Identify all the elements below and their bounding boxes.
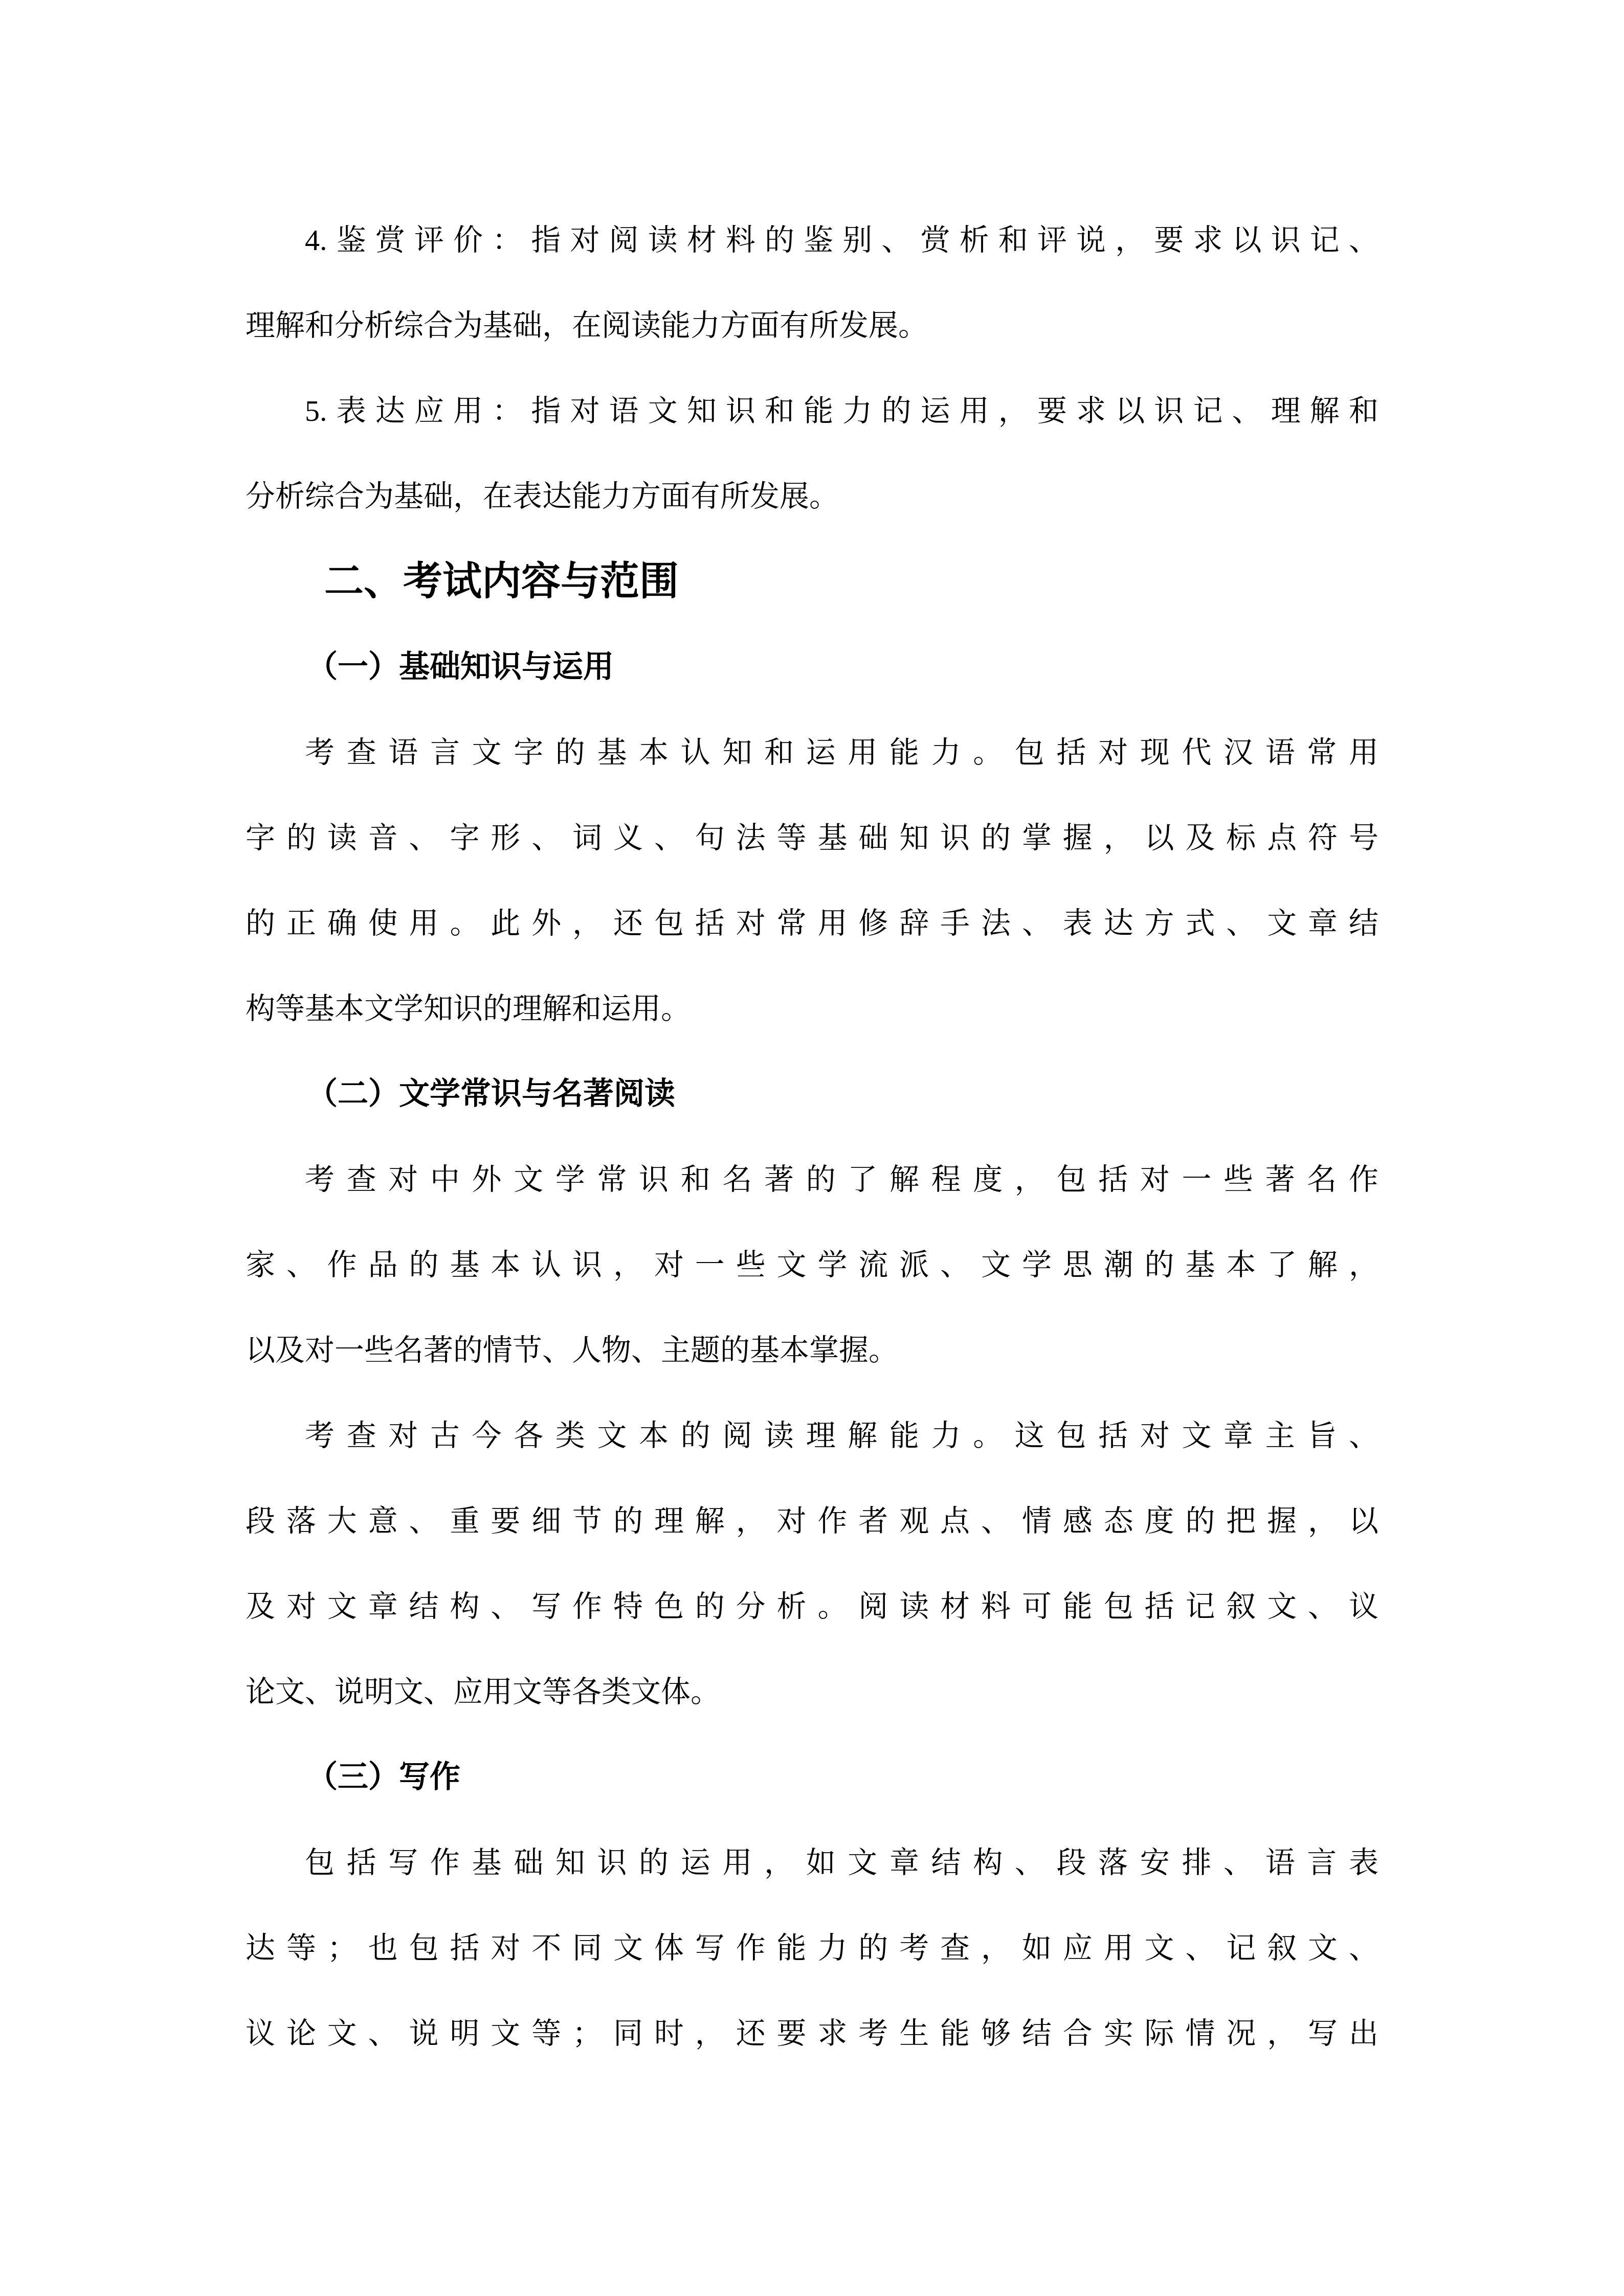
- heading-text: （一）基础知识与运用: [246, 624, 1378, 710]
- text-line: 考查对古今各类文本的阅读理解能力。这包括对文章主旨、: [246, 1393, 1378, 1478]
- text-line: 字的读音、字形、词义、句法等基础知识的掌握，以及标点符号: [246, 795, 1378, 881]
- section-heading: （二）文学常识与名著阅读: [246, 1051, 1378, 1137]
- section-heading: 二、考试内容与范围: [246, 539, 1378, 624]
- text-line: 及对文章结构、写作特色的分析。阅读材料可能包括记叙文、议: [246, 1564, 1378, 1649]
- section-heading: （三）写作: [246, 1735, 1378, 1820]
- text-line: 理解和分析综合为基础，在阅读能力方面有所发展。: [246, 283, 1378, 368]
- paragraph: 考查对中外文学常识和名著的了解程度，包括对一些著名作家、作品的基本认识，对一些文…: [246, 1137, 1378, 1393]
- heading-text: 二、考试内容与范围: [246, 539, 1378, 624]
- paragraph: 5.表达应用：指对语文知识和能力的运用，要求以识记、理解和分析综合为基础，在表达…: [246, 368, 1378, 539]
- text-line: 以及对一些名著的情节、人物、主题的基本掌握。: [246, 1308, 1378, 1393]
- section-heading: （一）基础知识与运用: [246, 624, 1378, 710]
- text-line: 议论文、说明文等；同时，还要求考生能够结合实际情况，写出: [246, 1991, 1378, 2076]
- paragraph: 考查对古今各类文本的阅读理解能力。这包括对文章主旨、段落大意、重要细节的理解，对…: [246, 1393, 1378, 1735]
- text-line: 考查对中外文学常识和名著的了解程度，包括对一些著名作: [246, 1137, 1378, 1222]
- text-line: 论文、说明文、应用文等各类文体。: [246, 1649, 1378, 1735]
- text-line: 达等；也包括对不同文体写作能力的考查，如应用文、记叙文、: [246, 1905, 1378, 1991]
- paragraph: 4.鉴赏评价：指对阅读材料的鉴别、赏析和评说，要求以识记、理解和分析综合为基础，…: [246, 197, 1378, 368]
- heading-text: （三）写作: [246, 1735, 1378, 1820]
- text-content: 4.鉴赏评价：指对阅读材料的鉴别、赏析和评说，要求以识记、理解和分析综合为基础，…: [246, 197, 1378, 2076]
- page: 4.鉴赏评价：指对阅读材料的鉴别、赏析和评说，要求以识记、理解和分析综合为基础，…: [0, 0, 1624, 2296]
- text-line: 考查语言文字的基本认知和运用能力。包括对现代汉语常用: [246, 710, 1378, 795]
- paragraph: 包括写作基础知识的运用，如文章结构、段落安排、语言表达等；也包括对不同文体写作能…: [246, 1820, 1378, 2076]
- text-line: 5.表达应用：指对语文知识和能力的运用，要求以识记、理解和: [246, 368, 1378, 454]
- text-line: 构等基本文学知识的理解和运用。: [246, 966, 1378, 1051]
- text-line: 分析综合为基础，在表达能力方面有所发展。: [246, 454, 1378, 539]
- document-page: { "document": { "background": "#ffffff",…: [0, 0, 1624, 2296]
- text-line: 段落大意、重要细节的理解，对作者观点、情感态度的把握，以: [246, 1478, 1378, 1564]
- text-line: 包括写作基础知识的运用，如文章结构、段落安排、语言表: [246, 1820, 1378, 1905]
- text-line: 4.鉴赏评价：指对阅读材料的鉴别、赏析和评说，要求以识记、: [246, 197, 1378, 283]
- text-line: 的正确使用。此外，还包括对常用修辞手法、表达方式、文章结: [246, 881, 1378, 966]
- text-line: 家、作品的基本认识，对一些文学流派、文学思潮的基本了解，: [246, 1222, 1378, 1308]
- paragraph: 考查语言文字的基本认知和运用能力。包括对现代汉语常用字的读音、字形、词义、句法等…: [246, 710, 1378, 1051]
- heading-text: （二）文学常识与名著阅读: [246, 1051, 1378, 1137]
